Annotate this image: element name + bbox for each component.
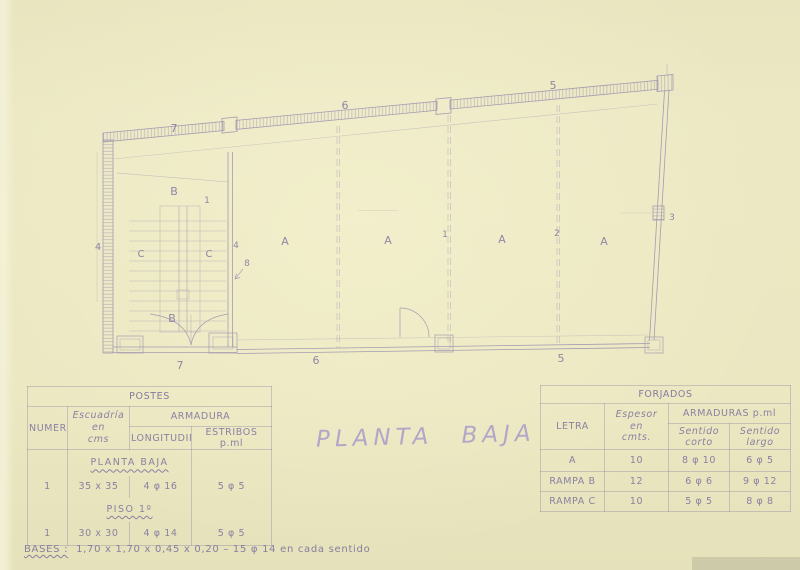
table-cell: 5 φ 5 bbox=[669, 492, 730, 512]
table-cell: 6 φ 5 bbox=[730, 450, 791, 472]
col-header-espesor: Espesor en cmts. bbox=[605, 404, 669, 450]
bay-door-swing bbox=[400, 308, 429, 337]
col-header-estribos: ESTRIBOS p.ml bbox=[192, 427, 272, 450]
forjados-title: FORJADOS bbox=[541, 386, 791, 404]
empty-cell bbox=[192, 498, 272, 522]
col-header-numero: NUMERO bbox=[28, 407, 68, 450]
label-stair-room-b: B bbox=[170, 185, 178, 198]
label-bay-a-4: A bbox=[600, 235, 608, 248]
table-cell: 8 φ 8 bbox=[730, 492, 791, 512]
label-door-b: B bbox=[168, 312, 176, 325]
scan-edge-shadow bbox=[692, 557, 800, 570]
label-bay-a-3: A bbox=[498, 233, 506, 246]
label-axis-1: 1 bbox=[442, 230, 448, 240]
table-cell: RAMPA C bbox=[541, 492, 605, 512]
table-cell: A bbox=[541, 450, 605, 472]
label-bottom-wall-7: 7 bbox=[177, 359, 184, 372]
table-cell: 10 bbox=[605, 492, 669, 512]
label-top-wall-6: 6 bbox=[342, 99, 349, 112]
ref-8-arrow bbox=[235, 269, 243, 279]
label-ramp-c-left: C bbox=[138, 249, 145, 260]
table-cell: 5 φ 5 bbox=[192, 522, 272, 546]
table-cell: 5 φ 5 bbox=[192, 476, 272, 498]
table-cell: 4 φ 16 bbox=[130, 476, 192, 498]
stair-wall bbox=[228, 152, 233, 347]
table-cell: 1 bbox=[28, 476, 68, 498]
empty-cell bbox=[192, 450, 272, 476]
table-cell: 9 φ 12 bbox=[730, 472, 791, 492]
label-stair-ref-1: 1 bbox=[204, 196, 210, 206]
table-cell: 4 φ 14 bbox=[130, 522, 192, 546]
axis-marks bbox=[358, 211, 652, 214]
top-wall bbox=[103, 64, 673, 142]
bases-text: 1,70 x 1,70 x 0,45 x 0,20 – 15 φ 14 en c… bbox=[76, 544, 370, 555]
label-column-3: 3 bbox=[669, 213, 675, 223]
empty-cell bbox=[28, 498, 68, 522]
table-cell: RAMPA B bbox=[541, 472, 605, 492]
col-header-armadura: ARMADURA bbox=[130, 407, 272, 427]
col-header-longitudinal: LONGITUDINAL bbox=[130, 427, 192, 450]
col-header-letra: LETRA bbox=[541, 404, 605, 450]
table-cell: 10 bbox=[605, 450, 669, 472]
blueprint-sheet: 7 6 5 4 B 1 C C 4 8 A A 1 A 2 A 3 B 7 6 … bbox=[0, 0, 800, 570]
table-cell: 6 φ 6 bbox=[669, 472, 730, 492]
col-header-sentido-largo: Sentido largo bbox=[730, 424, 791, 450]
label-top-wall-7: 7 bbox=[171, 122, 178, 135]
table-cell: 35 x 35 bbox=[68, 476, 130, 498]
label-bottom-wall-5: 5 bbox=[558, 352, 565, 365]
entrance-door-swing bbox=[150, 314, 228, 345]
bases-label: BASES : bbox=[24, 544, 68, 555]
postes-title: POSTES bbox=[28, 387, 272, 407]
label-bay-a-1: A bbox=[281, 235, 289, 248]
postes-table: POSTES NUMERO Escuadría en cms ARMADURA … bbox=[27, 386, 272, 546]
table-cell: 12 bbox=[605, 472, 669, 492]
section-piso-1: PISO 1º bbox=[68, 498, 192, 522]
label-bottom-wall-6: 6 bbox=[313, 354, 320, 367]
beam-axes bbox=[337, 105, 560, 348]
col-header-armaduras: ARMADURAS p.ml bbox=[669, 404, 791, 424]
section-label: PISO 1º bbox=[106, 504, 152, 515]
section-planta-baja: PLANTA BAJA bbox=[68, 450, 192, 476]
right-wall bbox=[650, 90, 670, 341]
label-top-wall-5: 5 bbox=[550, 79, 557, 92]
col-header-sentido-corto: Sentido corto bbox=[669, 424, 730, 450]
label-ref-8: 8 bbox=[244, 259, 250, 269]
table-cell: 1 bbox=[28, 522, 68, 546]
section-label: PLANTA BAJA bbox=[90, 457, 168, 468]
col-header-escuadria: Escuadría en cms bbox=[68, 407, 130, 450]
label-axis-2: 2 bbox=[554, 229, 560, 239]
label-left-wall-4: 4 bbox=[95, 242, 101, 253]
table-cell: 30 x 30 bbox=[68, 522, 130, 546]
table-cell: 8 φ 10 bbox=[669, 450, 730, 472]
label-stair-wall-4: 4 bbox=[233, 241, 239, 251]
forjados-table: FORJADOS LETRA Espesor en cmts. ARMADURA… bbox=[540, 385, 791, 512]
empty-cell bbox=[28, 450, 68, 476]
bases-note: BASES : 1,70 x 1,70 x 0,45 x 0,20 – 15 φ… bbox=[24, 544, 370, 555]
label-bay-a-2: A bbox=[384, 234, 392, 247]
bottom-wall bbox=[113, 335, 650, 354]
label-ramp-c-right: C bbox=[206, 249, 213, 260]
